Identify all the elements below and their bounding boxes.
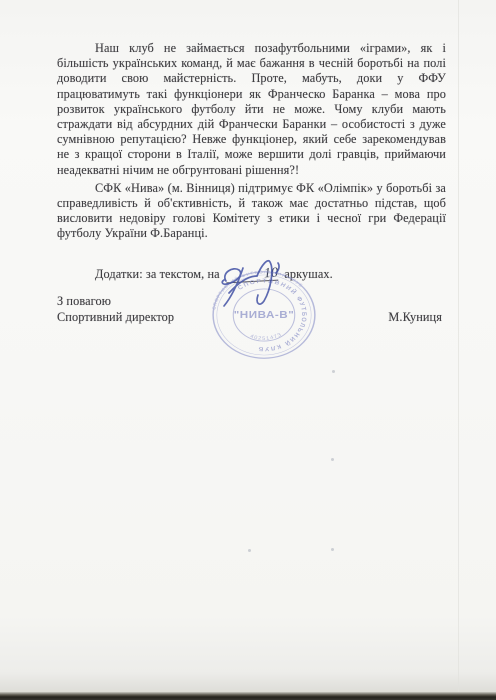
- scanned-letter-page: Наш клуб не займається позафутбольними «…: [0, 0, 496, 700]
- handwritten-signature: [212, 254, 318, 318]
- stamp-code: 40251473: [249, 332, 284, 342]
- signer-role: Спортивний директор: [57, 310, 174, 325]
- signer-name: М.Куниця: [388, 310, 446, 325]
- scan-speck: [248, 549, 251, 552]
- scan-speck: [331, 458, 334, 461]
- paragraph-1: Наш клуб не займається позафутбольними «…: [57, 41, 446, 178]
- scan-speck: [331, 548, 334, 551]
- attachments-prefix: Додатки: за текстом, на: [95, 267, 220, 281]
- scan-speck: [332, 370, 335, 373]
- scan-fold-line: [458, 0, 459, 700]
- paragraph-2: СФК «Нива» (м. Вінниця) підтримує ФК «Ол…: [57, 181, 446, 242]
- svg-text:40251473: 40251473: [249, 332, 284, 342]
- signature-graphic: [212, 254, 318, 318]
- scan-bottom-shadow: [0, 692, 496, 700]
